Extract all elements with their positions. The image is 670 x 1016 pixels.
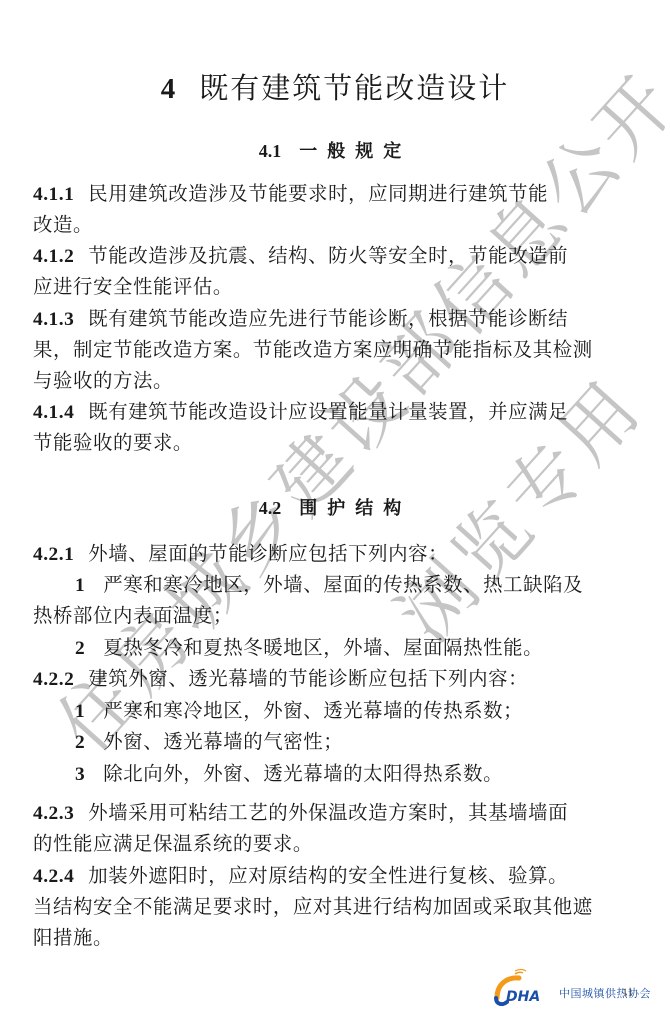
clause-number: 4.2.2 bbox=[33, 669, 74, 690]
clause-4-1-2: 4.1.2节能改造涉及抗震、结构、防火等安全时，节能改造前 bbox=[33, 243, 645, 270]
item-number: 1 bbox=[75, 701, 85, 722]
clause-text-continuation: 改造。 bbox=[33, 212, 645, 238]
clause-text: 建筑外窗、透光幕墙的节能诊断应包括下列内容： bbox=[88, 667, 528, 690]
clause-number: 4.1.2 bbox=[33, 246, 74, 267]
item-text: 严寒和寒冷地区，外窗、透光幕墙的传热系数； bbox=[103, 699, 523, 722]
clause-4-2-1: 4.2.1外墙、屋面的节能诊断应包括下列内容： bbox=[33, 541, 645, 568]
item-text: 夏热冬冷和夏热冬暖地区，外墙、屋面隔热性能。 bbox=[103, 636, 543, 659]
chapter-title-text: 既有建筑节能改造设计 bbox=[199, 71, 509, 105]
section-title: 一般规定 bbox=[299, 141, 411, 162]
clause-number: 4.2.3 bbox=[33, 803, 74, 824]
clause-4-2-4: 4.2.4加装外遮阳时，应对原结构的安全性进行复核、验算。 bbox=[33, 863, 645, 890]
document-page: 住房城乡建设部信息公开 浏览专用 4既有建筑节能改造设计 4.1一般规定 4.1… bbox=[0, 0, 670, 1016]
item-number: 1 bbox=[75, 575, 85, 596]
item-number: 2 bbox=[75, 638, 85, 659]
chapter-title: 4既有建筑节能改造设计 bbox=[0, 66, 670, 107]
item-text: 严寒和寒冷地区，外墙、屋面的传热系数、热工缺陷及 bbox=[103, 573, 583, 596]
svg-text:DHA: DHA bbox=[506, 989, 540, 1005]
clause-text-continuation: 应进行安全性能评估。 bbox=[33, 274, 645, 300]
chapter-number: 4 bbox=[161, 73, 178, 105]
section-number: 4.1 bbox=[259, 141, 282, 161]
signal-arc-icon: DHA bbox=[493, 968, 553, 1006]
clause-4-1-3: 4.1.3既有建筑节能改造应先进行节能诊断，根据节能诊断结 bbox=[33, 306, 645, 333]
clause-text-continuation: 节能验收的要求。 bbox=[33, 430, 645, 456]
clause-4-1-4: 4.1.4既有建筑节能改造设计应设置能量计量装置，并应满足 bbox=[33, 399, 645, 426]
clause-text-continuation: 阳措施。 bbox=[33, 925, 645, 951]
list-item-1: 1严寒和寒冷地区，外墙、屋面的传热系数、热工缺陷及 bbox=[75, 572, 670, 599]
clause-number: 4.1.3 bbox=[33, 309, 74, 330]
clause-text-continuation: 的性能应满足保温系统的要求。 bbox=[33, 831, 645, 857]
org-name: 中国城镇供热协会 bbox=[559, 985, 651, 1001]
clause-text-continuation: 与验收的方法。 bbox=[33, 368, 645, 394]
list-item-2: 2外窗、透光幕墙的气密性； bbox=[75, 729, 670, 756]
clause-4-2-3: 4.2.3外墙采用可粘结工艺的外保温改造方案时，其基墙墙面 bbox=[33, 800, 645, 827]
clause-number: 4.1.4 bbox=[33, 402, 74, 423]
section-heading-4-2: 4.2围护结构 bbox=[0, 494, 670, 520]
clause-text: 加装外遮阳时，应对原结构的安全性进行复核、验算。 bbox=[88, 864, 568, 887]
list-item-3: 3除北向外，外窗、透光幕墙的太阳得热系数。 bbox=[75, 761, 670, 788]
list-item-1: 1严寒和寒冷地区，外窗、透光幕墙的传热系数； bbox=[75, 698, 670, 725]
list-item-2: 2夏热冬冷和夏热冬暖地区，外墙、屋面隔热性能。 bbox=[75, 635, 670, 662]
clause-text: 既有建筑节能改造设计应设置能量计量装置，并应满足 bbox=[88, 400, 568, 423]
clause-text: 节能改造涉及抗震、结构、防火等安全时，节能改造前 bbox=[88, 244, 568, 267]
page-number: 11 bbox=[622, 985, 634, 1000]
clause-text: 外墙采用可粘结工艺的外保温改造方案时，其基墙墙面 bbox=[88, 801, 568, 824]
clause-text: 民用建筑改造涉及节能要求时，应同期进行建筑节能 bbox=[88, 182, 548, 205]
item-text: 除北向外，外窗、透光幕墙的太阳得热系数。 bbox=[103, 762, 503, 785]
section-title: 围护结构 bbox=[299, 498, 411, 519]
section-number: 4.2 bbox=[259, 498, 282, 518]
item-number: 3 bbox=[75, 764, 85, 785]
clause-number: 4.1.1 bbox=[33, 184, 74, 205]
clause-number: 4.2.4 bbox=[33, 866, 74, 887]
clause-text: 外墙、屋面的节能诊断应包括下列内容： bbox=[88, 542, 448, 565]
clause-text-continuation: 果，制定节能改造方案。节能改造方案应明确节能指标及其检测 bbox=[33, 337, 645, 363]
clause-4-1-1: 4.1.1民用建筑改造涉及节能要求时，应同期进行建筑节能 bbox=[33, 181, 645, 208]
item-text-continuation: 热桥部位内表面温度； bbox=[33, 603, 645, 629]
clause-text-continuation: 当结构安全不能满足要求时，应对其进行结构加固或采取其他遮 bbox=[33, 894, 645, 920]
clause-text: 既有建筑节能改造应先进行节能诊断，根据节能诊断结 bbox=[88, 307, 568, 330]
clause-number: 4.2.1 bbox=[33, 544, 74, 565]
clause-4-2-2: 4.2.2建筑外窗、透光幕墙的节能诊断应包括下列内容： bbox=[33, 666, 645, 693]
cdha-logo-mark-icon: DHA bbox=[493, 968, 553, 1004]
item-number: 2 bbox=[75, 732, 85, 753]
section-heading-4-1: 4.1一般规定 bbox=[0, 137, 670, 163]
item-text: 外窗、透光幕墙的气密性； bbox=[103, 730, 343, 753]
